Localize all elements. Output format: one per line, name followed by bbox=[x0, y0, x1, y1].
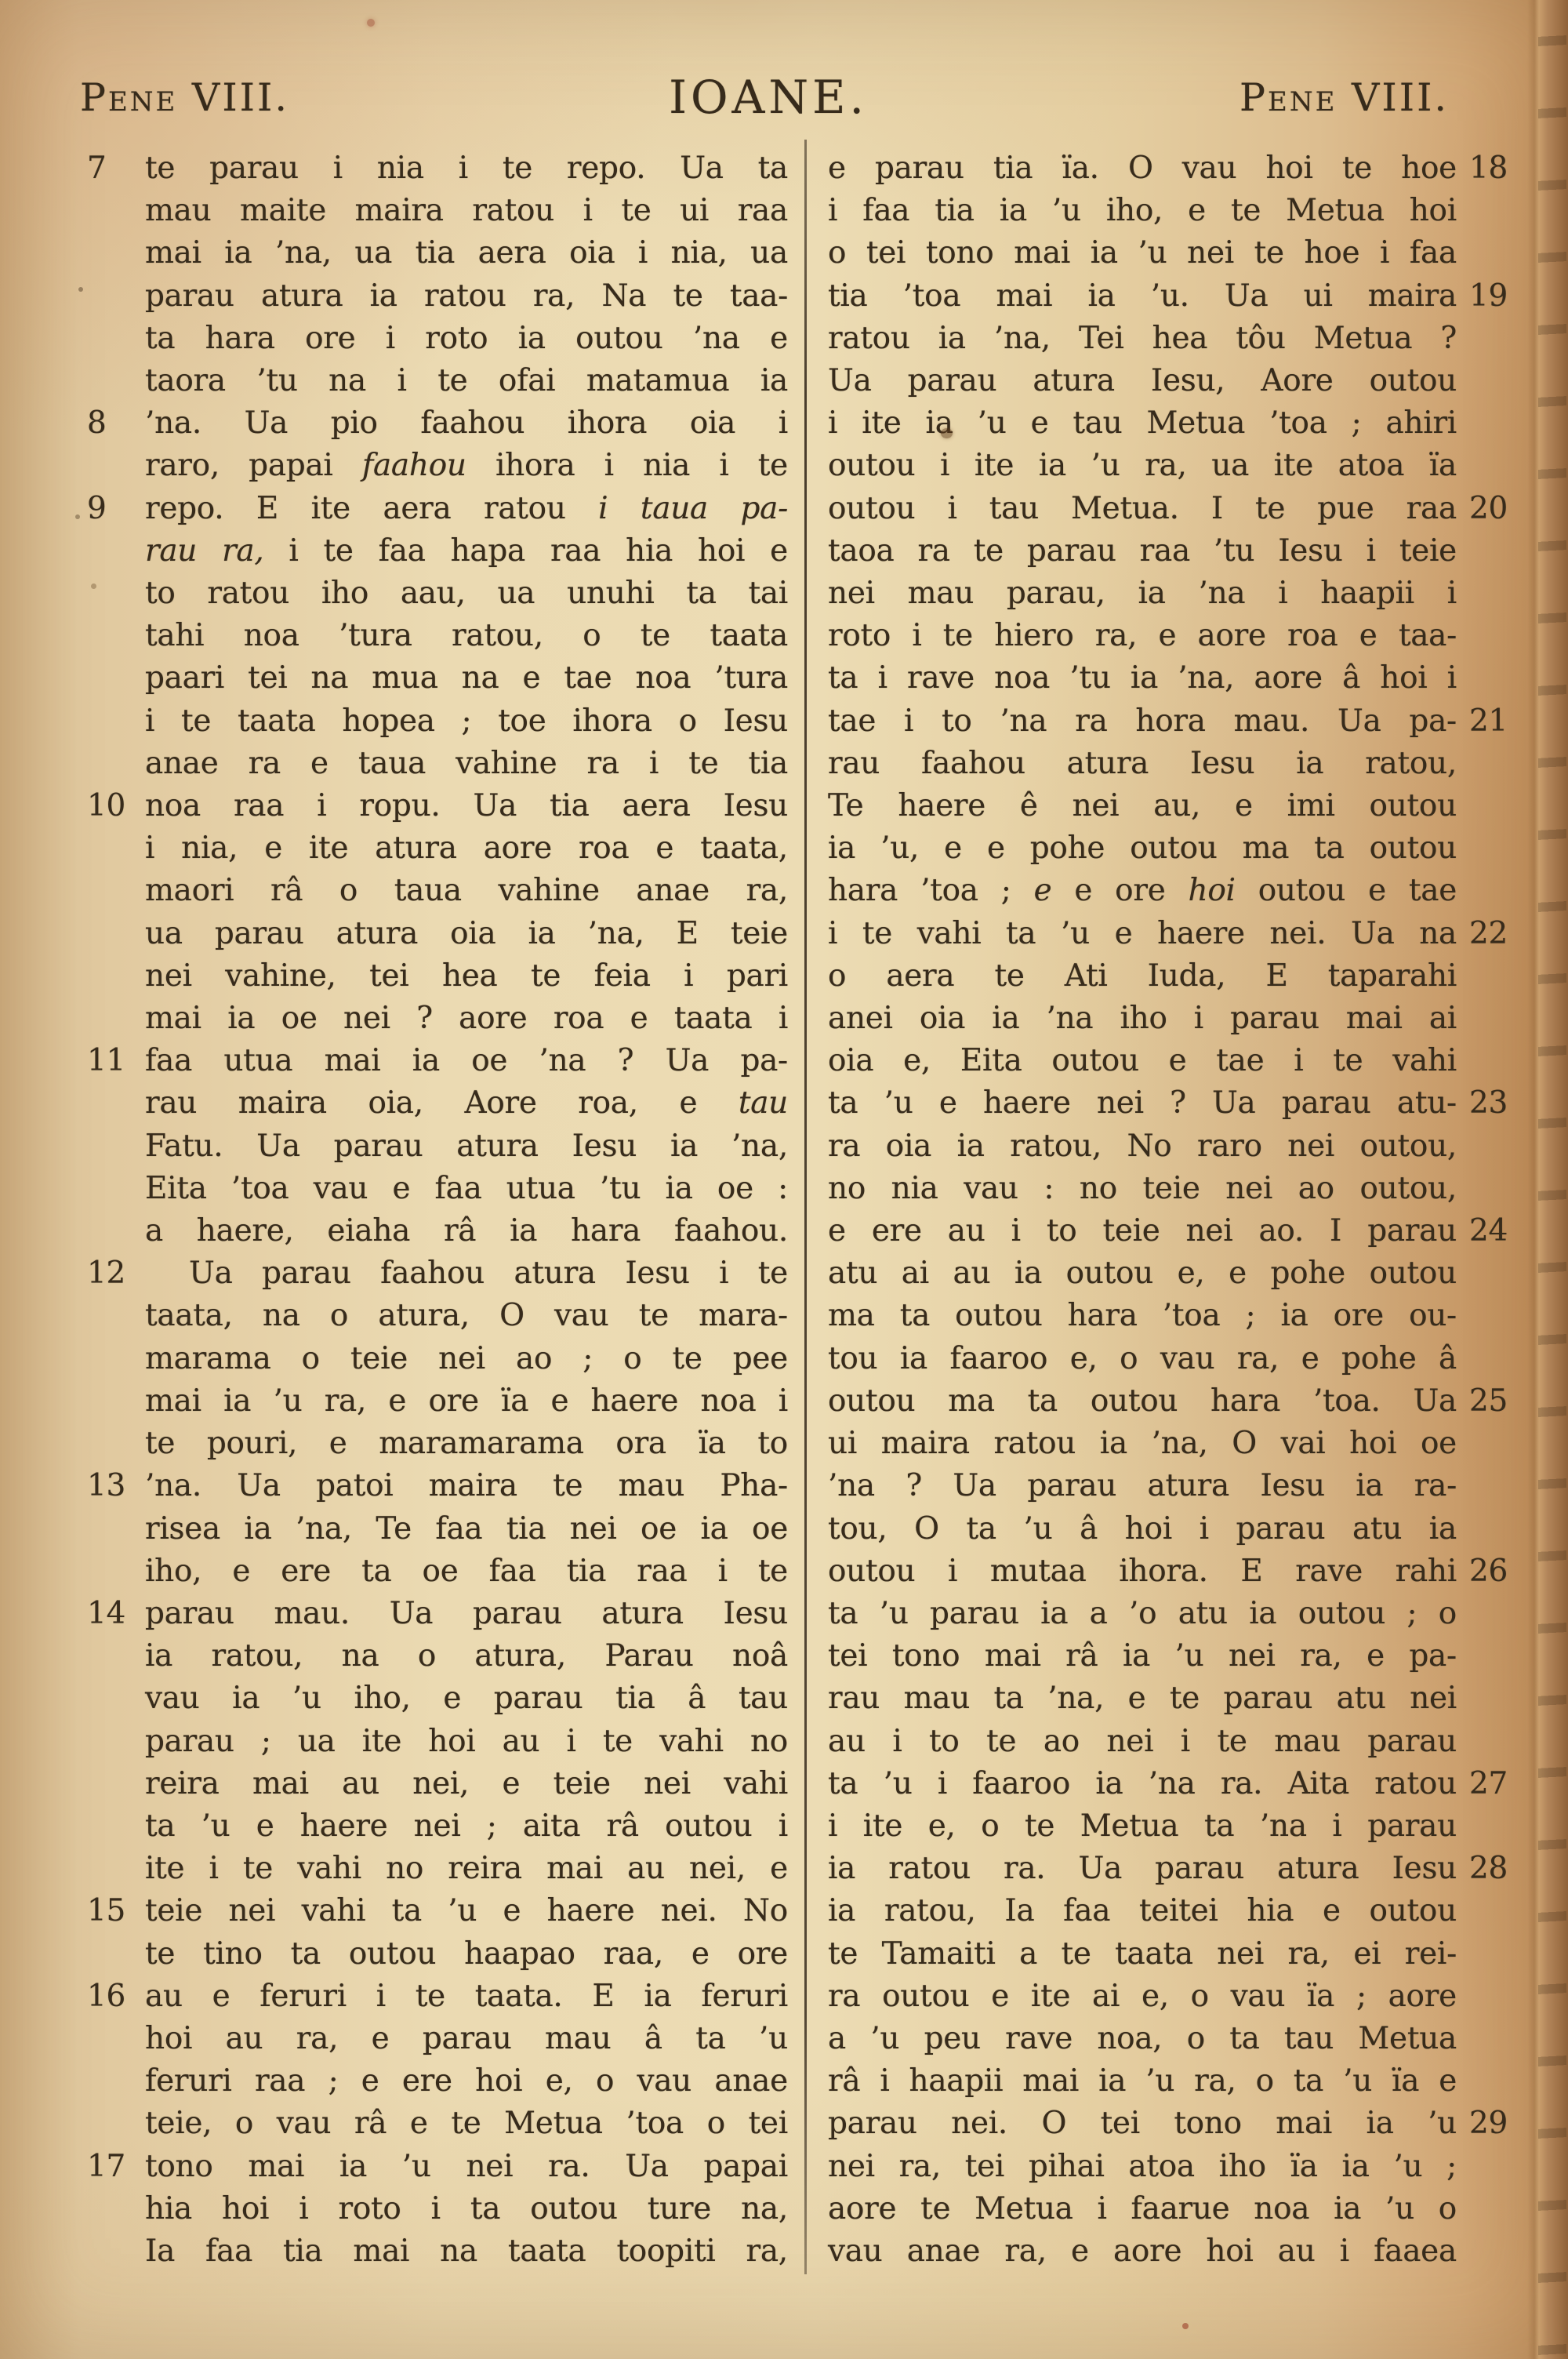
verse-number: 8 bbox=[81, 402, 145, 445]
verse-number bbox=[81, 1763, 145, 1805]
text-line: mataoutouhara’toa;iaoreou- bbox=[828, 1295, 1526, 1337]
text-column-right: eparautiaïa.Ovauhoitehoe18ifaatiaia’uiho… bbox=[828, 147, 1526, 2273]
verse-text: parauaturaiaratoura,Natetaa- bbox=[145, 275, 788, 318]
verse-text: neivahine,teiheatefeiaipari bbox=[145, 955, 788, 998]
verse-text: Eita’toavauefaautua’tuiaoe: bbox=[145, 1168, 788, 1210]
verse-text: ta’uifaarooia’nara.Aitaratou bbox=[828, 1763, 1457, 1805]
verse-text: paraumau.UaparauaturaIesu bbox=[145, 1593, 788, 1635]
text-line: oaerateAtiIuda,Etaparahi bbox=[828, 955, 1526, 998]
text-line: reiramaiaunei,eteieneivahi bbox=[81, 1763, 788, 1805]
text-line: 8’na.Uapiofaahouihoraoiai bbox=[81, 402, 788, 445]
verse-text: a’upeuravenoa,otatauMetua bbox=[828, 2018, 1457, 2060]
verse-text: UaparaufaahouaturaIesuite bbox=[145, 1252, 788, 1295]
text-line: Tehaereêneiau,eimioutou bbox=[828, 785, 1526, 827]
verse-number: 23 bbox=[1457, 1082, 1526, 1125]
text-line: parauaturaiaratoura,Natetaa- bbox=[81, 275, 788, 318]
verse-number bbox=[81, 870, 145, 912]
verse-text: iaratou,naoatura,Paraunoâ bbox=[145, 1635, 788, 1677]
running-head-right: Pene VIII. bbox=[1240, 75, 1449, 120]
text-line: anaeraetauavahineraitetia bbox=[81, 743, 788, 785]
verse-text: ’na?UaparauaturaIesuiara- bbox=[828, 1465, 1457, 1507]
verse-number: 10 bbox=[81, 785, 145, 827]
text-line: tepouri,emaramaramaoraïato bbox=[81, 1423, 788, 1465]
verse-number bbox=[81, 1848, 145, 1890]
verse-text: paariteinamuanaetaenoa’tura bbox=[145, 657, 788, 700]
text-line: iaratoura.UaparauaturaIesu28 bbox=[828, 1848, 1526, 1890]
verse-text: teitonomairâia’uneira,epa- bbox=[828, 1635, 1457, 1677]
text-line: iaratou,naoatura,Paraunoâ bbox=[81, 1635, 788, 1677]
verse-text: taora’tunaiteofaimatamuaia bbox=[145, 360, 788, 402]
text-line: noniavau:noteieneiaooutou, bbox=[828, 1168, 1526, 1210]
text-line: raoiaiaratou,Noraroneioutou, bbox=[828, 1125, 1526, 1168]
text-line: teTamaitiatetaataneira,eirei- bbox=[828, 1933, 1526, 1976]
verse-number bbox=[81, 955, 145, 998]
verse-number bbox=[81, 1550, 145, 1593]
verse-number bbox=[81, 572, 145, 615]
verse-number bbox=[1457, 1125, 1526, 1168]
text-line: ratouia’na,TeiheatôuMetua? bbox=[828, 318, 1526, 360]
verse-number bbox=[1457, 445, 1526, 487]
text-line: itevahita’uehaerenei.Uana22 bbox=[828, 913, 1526, 955]
text-line: ’na?UaparauaturaIesuiara- bbox=[828, 1465, 1526, 1507]
verse-text: hoiaura,eparaumauâta’u bbox=[145, 2018, 788, 2060]
verse-text: teTamaitiatetaataneira,eirei- bbox=[828, 1933, 1457, 1976]
verse-number bbox=[1457, 232, 1526, 274]
verse-text: outouiiteia’ura,uaiteatoaïa bbox=[828, 445, 1457, 487]
verse-text: tia’toamaiia’u.Uauimaira bbox=[828, 275, 1457, 318]
verse-number bbox=[81, 1423, 145, 1465]
verse-number: 17 bbox=[81, 2146, 145, 2188]
text-line: aneioiaia’naihoiparaumaiai bbox=[828, 998, 1526, 1040]
verse-number bbox=[1457, 572, 1526, 615]
text-line: iaratou,Iafaateiteihiaeoutou bbox=[828, 1890, 1526, 1932]
verse-number bbox=[81, 827, 145, 870]
verse-number bbox=[1457, 2018, 1526, 2060]
verse-number bbox=[1457, 1976, 1526, 2018]
verse-text: raumauta’na,eteparauatunei bbox=[828, 1677, 1457, 1720]
text-line: ta’uifaarooia’nara.Aitaratou27 bbox=[828, 1763, 1526, 1805]
verse-number bbox=[1457, 1890, 1526, 1932]
text-line: tairavenoa’tuia’na,aoreâhoii bbox=[828, 657, 1526, 700]
text-line: parau;uaitehoiauitevahino bbox=[81, 1721, 788, 1763]
text-line: tou,Ota’uâhoiiparauatuia bbox=[828, 1508, 1526, 1550]
verse-text: taata,naoatura,Ovautemara- bbox=[145, 1295, 788, 1337]
text-line: 13’na.UapatoimairatemauPha- bbox=[81, 1465, 788, 1507]
verse-text: anaeraetauavahineraitetia bbox=[145, 743, 788, 785]
verse-text: raoutoueiteaie,ovauïa;aore bbox=[828, 1976, 1457, 2018]
verse-text: Iafaatiamainataatatoopitira, bbox=[145, 2230, 788, 2273]
verse-number bbox=[1457, 2188, 1526, 2230]
verse-text: maiia’ura,eoreïaehaerenoai bbox=[145, 1380, 788, 1423]
text-line: taora’tunaiteofaimatamuaia bbox=[81, 360, 788, 402]
verse-text: oteitonomaiia’uneitehoeifaa bbox=[828, 232, 1457, 274]
verse-text: Tehaereêneiau,eimioutou bbox=[828, 785, 1457, 827]
verse-number: 20 bbox=[1457, 488, 1526, 530]
verse-text: maramaoteieneiao;otepee bbox=[145, 1338, 788, 1380]
verse-number: 24 bbox=[1457, 1210, 1526, 1252]
text-line: neivahine,teiheatefeiaipari bbox=[81, 955, 788, 998]
text-line: outouimutaaihora.Eraverahi26 bbox=[828, 1550, 1526, 1593]
text-line: ifaatiaia’uiho,eteMetuahoi bbox=[828, 190, 1526, 232]
verse-number: 18 bbox=[1457, 147, 1526, 190]
verse-text: repo.Eiteaeraratouitauapa- bbox=[145, 488, 788, 530]
text-line: raufaahouaturaIesuiaratou, bbox=[828, 743, 1526, 785]
text-line: taoarateparauraa’tuIesuiteie bbox=[828, 530, 1526, 572]
text-line: uaparauaturaoiaia’na,Eteie bbox=[81, 913, 788, 955]
verse-text: hiahoiirotoitaoutouturena, bbox=[145, 2188, 788, 2230]
verse-number bbox=[1457, 998, 1526, 1040]
verse-text: itevahita’uehaerenei.Uana bbox=[828, 913, 1457, 955]
text-line: Iafaatiamainataatatoopitira, bbox=[81, 2230, 788, 2273]
verse-number: 28 bbox=[1457, 1848, 1526, 1890]
verse-text: teparauiniaiterepo.Uata bbox=[145, 147, 788, 190]
verse-text: touiafaarooe,ovaura,epoheâ bbox=[828, 1338, 1457, 1380]
verse-text: oiae,Eitaoutouetaeitevahi bbox=[828, 1040, 1457, 1082]
text-line: outouitauMetua.Itepueraa20 bbox=[828, 488, 1526, 530]
text-line: outouiiteia’ura,uaiteatoaïa bbox=[828, 445, 1526, 487]
verse-number bbox=[81, 2018, 145, 2060]
verse-text: itetaatahopea;toeihoraoIesu bbox=[145, 700, 788, 743]
verse-text: maorirâotauavahineanaera, bbox=[145, 870, 788, 912]
text-line: aoreteMetuaifaaruenoaia’uo bbox=[828, 2188, 1526, 2230]
verse-text: outoumataoutouhara’toa.Ua bbox=[828, 1380, 1457, 1423]
verse-text: aueferuriitetaata.Eiaferuri bbox=[145, 1976, 788, 2018]
text-line: maiiaoenei?aoreroaetaatai bbox=[81, 998, 788, 1040]
verse-text: inia,eiteaturaaoreroaetaata, bbox=[145, 827, 788, 870]
paper-stain bbox=[1182, 2323, 1189, 2329]
verse-number bbox=[1457, 318, 1526, 360]
verse-number bbox=[1457, 190, 1526, 232]
verse-number: 29 bbox=[1457, 2103, 1526, 2145]
text-line: itetaatahopea;toeihoraoIesu bbox=[81, 700, 788, 743]
text-line: Eita’toavauefaautua’tuiaoe: bbox=[81, 1168, 788, 1210]
text-line: neira,teipihaiatoaihoïaia’u; bbox=[828, 2146, 1526, 2188]
verse-number bbox=[81, 1508, 145, 1550]
text-line: 9repo.Eiteaeraratouitauapa- bbox=[81, 488, 788, 530]
text-line: iho,eeretaoefaatiaraaite bbox=[81, 1550, 788, 1593]
paper-stain bbox=[91, 583, 96, 589]
paper-stain bbox=[75, 514, 80, 519]
verse-number bbox=[1457, 743, 1526, 785]
text-line: ta’uparauiaa’oatuiaoutou;o bbox=[828, 1593, 1526, 1635]
text-line: taharaoreirotoiaoutou’nae bbox=[81, 318, 788, 360]
verse-text: raura,itefaahaparaahiahoie bbox=[145, 530, 788, 572]
verse-text: ratouia’na,TeiheatôuMetua? bbox=[828, 318, 1457, 360]
verse-text: tou,Ota’uâhoiiparauatuia bbox=[828, 1508, 1457, 1550]
text-line: maumaitemairaratouiteuiraa bbox=[81, 190, 788, 232]
verse-text: taharaoreirotoiaoutou’nae bbox=[145, 318, 788, 360]
verse-number bbox=[81, 1125, 145, 1168]
verse-text: tahinoa’turaratou,otetaata bbox=[145, 615, 788, 657]
text-line: raura,itefaahaparaahiahoie bbox=[81, 530, 788, 572]
text-line: atuaiauiaoutoue,epoheoutou bbox=[828, 1252, 1526, 1295]
verse-text: paraunei.Oteitonomaiia’u bbox=[828, 2103, 1457, 2145]
text-line: râihaapiimaiia’ura,ota’uïae bbox=[828, 2060, 1526, 2103]
verse-text: iaratoura.UaparauaturaIesu bbox=[828, 1848, 1457, 1890]
verse-number bbox=[81, 2060, 145, 2103]
text-line: uimairaratouia’na,Ovaihoioe bbox=[828, 1423, 1526, 1465]
verse-text: eereauitoteieneiao.Iparau bbox=[828, 1210, 1457, 1252]
text-line: 10noaraairopu.UatiaaeraIesu bbox=[81, 785, 788, 827]
verse-number bbox=[81, 615, 145, 657]
verse-number: 11 bbox=[81, 1040, 145, 1082]
text-line: touiafaarooe,ovaura,epoheâ bbox=[828, 1338, 1526, 1380]
verse-text: maiia’na,uatiaaeraoiainia,ua bbox=[145, 232, 788, 274]
verse-number bbox=[81, 190, 145, 232]
text-line: taeito’narahoramau.Uapa-21 bbox=[828, 700, 1526, 743]
text-line: hara’toa;eeorehoioutouetae bbox=[828, 870, 1526, 912]
text-line: rotoitehierora,eaoreroaetaa- bbox=[828, 615, 1526, 657]
text-line: oteitonomaiia’uneitehoeifaa bbox=[828, 232, 1526, 274]
text-line: a’upeuravenoa,otatauMetua bbox=[828, 2018, 1526, 2060]
text-line: oiae,Eitaoutouetaeitevahi bbox=[828, 1040, 1526, 1082]
verse-number bbox=[1457, 615, 1526, 657]
text-line: feruriraa;eerehoie,ovauanae bbox=[81, 2060, 788, 2103]
verse-text: iho,eeretaoefaatiaraaite bbox=[145, 1550, 788, 1593]
verse-text: ’na.Uapiofaahouihoraoiai bbox=[145, 402, 788, 445]
verse-number: 9 bbox=[81, 488, 145, 530]
text-line: raoutoueiteaie,ovauïa;aore bbox=[828, 1976, 1526, 2018]
verse-text: neira,teipihaiatoaihoïaia’u; bbox=[828, 2146, 1457, 2188]
text-line: tia’toamaiia’u.Uauimaira19 bbox=[828, 275, 1526, 318]
verse-number bbox=[81, 1677, 145, 1720]
verse-number bbox=[1457, 2060, 1526, 2103]
verse-text: iitee,oteMetuata’naiparau bbox=[828, 1805, 1457, 1848]
verse-text: rotoitehierora,eaoreroaetaa- bbox=[828, 615, 1457, 657]
text-line: maiia’na,uatiaaeraoiainia,ua bbox=[81, 232, 788, 274]
verse-text: neimauparau,ia’naihaapiii bbox=[828, 572, 1457, 615]
verse-text: uaparauaturaoiaia’na,Eteie bbox=[145, 913, 788, 955]
verse-number bbox=[1457, 1168, 1526, 1210]
text-line: paariteinamuanaetaenoa’tura bbox=[81, 657, 788, 700]
text-line: raumairaoia,Aoreroa,etau bbox=[81, 1082, 788, 1125]
verse-number bbox=[1457, 827, 1526, 870]
verse-text: noaraairopu.UatiaaeraIesu bbox=[145, 785, 788, 827]
verse-number bbox=[1457, 785, 1526, 827]
verse-number: 13 bbox=[81, 1465, 145, 1507]
text-line: 14paraumau.UaparauaturaIesu bbox=[81, 1593, 788, 1635]
verse-number bbox=[1457, 402, 1526, 445]
verse-text: ahaere,eiaharâiaharafaahou. bbox=[145, 1210, 788, 1252]
text-line: hoiaura,eparaumauâta’u bbox=[81, 2018, 788, 2060]
verse-number bbox=[81, 2188, 145, 2230]
verse-number bbox=[81, 913, 145, 955]
verse-number bbox=[1457, 870, 1526, 912]
paper-stain bbox=[78, 287, 83, 292]
verse-text: auitoteaoneiitemauparau bbox=[828, 1721, 1457, 1763]
verse-number bbox=[81, 318, 145, 360]
text-column-left: 7teparauiniaiterepo.Uatamaumaitemairarat… bbox=[81, 147, 788, 2273]
verse-number bbox=[81, 1168, 145, 1210]
verse-number bbox=[81, 1338, 145, 1380]
verse-text: maiiaoenei?aoreroaetaatai bbox=[145, 998, 788, 1040]
text-line: 15teieneivahita’uehaerenei.No bbox=[81, 1890, 788, 1932]
verse-text: ta’uehaerenei;aitarâoutoui bbox=[145, 1805, 788, 1848]
verse-number bbox=[81, 998, 145, 1040]
verse-number bbox=[1457, 1508, 1526, 1550]
text-line: ta’uehaerenei?Uaparauatu-23 bbox=[828, 1082, 1526, 1125]
verse-text: riseaia’na,Tefaatianeioeiaoe bbox=[145, 1508, 788, 1550]
verse-number bbox=[1457, 1933, 1526, 1976]
verse-number bbox=[81, 275, 145, 318]
text-line: tahinoa’turaratou,otetaata bbox=[81, 615, 788, 657]
verse-text: atuaiauiaoutoue,epoheoutou bbox=[828, 1252, 1457, 1295]
paper-stain bbox=[367, 19, 375, 27]
verse-number bbox=[1457, 2146, 1526, 2188]
verse-number: 12 bbox=[81, 1252, 145, 1295]
verse-number bbox=[81, 700, 145, 743]
verse-number bbox=[1457, 360, 1526, 402]
text-line: 17tonomaiia’uneira.Uapapai bbox=[81, 2146, 788, 2188]
verse-text: iaratou,Iafaateiteihiaeoutou bbox=[828, 1890, 1457, 1932]
verse-text: reiramaiaunei,eteieneivahi bbox=[145, 1763, 788, 1805]
verse-text: toratouihoaau,uaunuhitatai bbox=[145, 572, 788, 615]
text-line: teie,ovaurâeteMetua’toaotei bbox=[81, 2103, 788, 2145]
verse-number: 26 bbox=[1457, 1550, 1526, 1593]
verse-number bbox=[81, 1933, 145, 1976]
verse-number bbox=[1457, 1465, 1526, 1507]
text-line: 7teparauiniaiterepo.Uata bbox=[81, 147, 788, 190]
text-line: vauanaera,eaorehoiauifaaea bbox=[828, 2230, 1526, 2273]
verse-number bbox=[81, 1380, 145, 1423]
verse-number bbox=[81, 1805, 145, 1848]
text-line: 16aueferuriitetaata.Eiaferuri bbox=[81, 1976, 788, 2018]
verse-text: aneioiaia’naihoiparaumaiai bbox=[828, 998, 1457, 1040]
text-line: UaparauaturaIesu,Aoreoutou bbox=[828, 360, 1526, 402]
verse-text: UaparauaturaIesu,Aoreoutou bbox=[828, 360, 1457, 402]
text-line: iteitevahinoreiramaiaunei,e bbox=[81, 1848, 788, 1890]
verse-text: ifaatiaia’uiho,eteMetuahoi bbox=[828, 190, 1457, 232]
verse-text: teieneivahita’uehaerenei.No bbox=[145, 1890, 788, 1932]
verse-text: taoarateparauraa’tuIesuiteie bbox=[828, 530, 1457, 572]
verse-text: Fatu.UaparauaturaIesuia’na, bbox=[145, 1125, 788, 1168]
verse-text: vauia’uiho,eparautiaâtau bbox=[145, 1677, 788, 1720]
verse-number bbox=[1457, 1593, 1526, 1635]
verse-number bbox=[81, 445, 145, 487]
verse-number bbox=[81, 1082, 145, 1125]
verse-text: raoiaiaratou,Noraroneioutou, bbox=[828, 1125, 1457, 1168]
verse-number bbox=[1457, 657, 1526, 700]
page-edge-print-bleed bbox=[1538, 0, 1566, 2359]
verse-text: raumairaoia,Aoreroa,etau bbox=[145, 1082, 788, 1125]
text-line: raumauta’na,eteparauatunei bbox=[828, 1677, 1526, 1720]
text-line: Fatu.UaparauaturaIesuia’na, bbox=[81, 1125, 788, 1168]
verse-number: 16 bbox=[81, 1976, 145, 2018]
paper-stain bbox=[941, 428, 953, 438]
verse-text: faautuamaiiaoe’na?Uapa- bbox=[145, 1040, 788, 1082]
verse-number: 27 bbox=[1457, 1763, 1526, 1805]
verse-number bbox=[81, 2230, 145, 2273]
verse-number bbox=[1457, 2230, 1526, 2273]
verse-number: 7 bbox=[81, 147, 145, 190]
text-line: ia’u,eepoheoutoumataoutou bbox=[828, 827, 1526, 870]
text-line: paraunei.Oteitonomaiia’u29 bbox=[828, 2103, 1526, 2145]
text-line: maorirâotauavahineanaera, bbox=[81, 870, 788, 912]
verse-number: 21 bbox=[1457, 700, 1526, 743]
verse-number bbox=[1457, 1040, 1526, 1082]
verse-number bbox=[1457, 1423, 1526, 1465]
verse-text: teie,ovaurâeteMetua’toaotei bbox=[145, 2103, 788, 2145]
verse-text: parau;uaitehoiauitevahino bbox=[145, 1721, 788, 1763]
verse-number bbox=[1457, 955, 1526, 998]
verse-text: hara’toa;eeorehoioutouetae bbox=[828, 870, 1457, 912]
verse-number bbox=[81, 743, 145, 785]
text-line: iiteia’uetauMetua’toa;ahiri bbox=[828, 402, 1526, 445]
text-line: auitoteaoneiitemauparau bbox=[828, 1721, 1526, 1763]
verse-text: vauanaera,eaorehoiauifaaea bbox=[828, 2230, 1457, 2273]
verse-number bbox=[1457, 1677, 1526, 1720]
verse-text: uimairaratouia’na,Ovaihoioe bbox=[828, 1423, 1457, 1465]
text-line: iitee,oteMetuata’naiparau bbox=[828, 1805, 1526, 1848]
text-line: vauia’uiho,eparautiaâtau bbox=[81, 1677, 788, 1720]
verse-number bbox=[81, 1635, 145, 1677]
text-line: maiia’ura,eoreïaehaerenoai bbox=[81, 1380, 788, 1423]
verse-text: ta’uehaerenei?Uaparauatu- bbox=[828, 1082, 1457, 1125]
verse-number bbox=[1457, 530, 1526, 572]
verse-text: raufaahouaturaIesuiaratou, bbox=[828, 743, 1457, 785]
verse-text: outouitauMetua.Itepueraa bbox=[828, 488, 1457, 530]
verse-number: 19 bbox=[1457, 275, 1526, 318]
verse-number bbox=[1457, 1721, 1526, 1763]
text-line: maramaoteieneiao;otepee bbox=[81, 1338, 788, 1380]
verse-text: tepouri,emaramaramaoraïato bbox=[145, 1423, 788, 1465]
verse-number: 25 bbox=[1457, 1380, 1526, 1423]
verse-text: outouimutaaihora.Eraverahi bbox=[828, 1550, 1457, 1593]
text-line: 11faautuamaiiaoe’na?Uapa- bbox=[81, 1040, 788, 1082]
text-line: eparautiaïa.Ovauhoitehoe18 bbox=[828, 147, 1526, 190]
text-line: riseaia’na,Tefaatianeioeiaoe bbox=[81, 1508, 788, 1550]
verse-text: eparautiaïa.Ovauhoitehoe bbox=[828, 147, 1457, 190]
verse-number bbox=[81, 1721, 145, 1763]
verse-number bbox=[1457, 1252, 1526, 1295]
text-line: hiahoiirotoitaoutouturena, bbox=[81, 2188, 788, 2230]
verse-text: ia’u,eepoheoutoumataoutou bbox=[828, 827, 1457, 870]
verse-text: taeito’narahoramau.Uapa- bbox=[828, 700, 1457, 743]
verse-text: tonomaiia’uneira.Uapapai bbox=[145, 2146, 788, 2188]
verse-number: 22 bbox=[1457, 913, 1526, 955]
text-line: tetinotaoutouhaapaoraa,eore bbox=[81, 1933, 788, 1976]
verse-number: 15 bbox=[81, 1890, 145, 1932]
verse-text: maumaitemairaratouiteuiraa bbox=[145, 190, 788, 232]
verse-number bbox=[81, 530, 145, 572]
verse-number bbox=[81, 360, 145, 402]
column-divider-rule bbox=[804, 140, 807, 2274]
text-line: inia,eiteaturaaoreroaetaata, bbox=[81, 827, 788, 870]
text-line: ahaere,eiaharâiaharafaahou. bbox=[81, 1210, 788, 1252]
verse-number bbox=[81, 1210, 145, 1252]
verse-text: ta’uparauiaa’oatuiaoutou;o bbox=[828, 1593, 1457, 1635]
text-line: ta’uehaerenei;aitarâoutoui bbox=[81, 1805, 788, 1848]
verse-text: iteitevahinoreiramaiaunei,e bbox=[145, 1848, 788, 1890]
text-line: raro,papaifaahouihorainiaite bbox=[81, 445, 788, 487]
verse-text: ’na.UapatoimairatemauPha- bbox=[145, 1465, 788, 1507]
verse-text: iiteia’uetauMetua’toa;ahiri bbox=[828, 402, 1457, 445]
verse-number: 14 bbox=[81, 1593, 145, 1635]
verse-text: râihaapiimaiia’ura,ota’uïae bbox=[828, 2060, 1457, 2103]
verse-text: tetinotaoutouhaapaoraa,eore bbox=[145, 1933, 788, 1976]
verse-text: noniavau:noteieneiaooutou, bbox=[828, 1168, 1457, 1210]
verse-text: oaerateAtiIuda,Etaparahi bbox=[828, 955, 1457, 998]
verse-number bbox=[81, 1295, 145, 1337]
verse-number bbox=[81, 2103, 145, 2145]
book-page: Pene VIII. IOANE. Pene VIII. 7teparauini… bbox=[0, 0, 1568, 2359]
text-line: 12UaparaufaahouaturaIesuite bbox=[81, 1252, 788, 1295]
verse-text: mataoutouhara’toa;iaoreou- bbox=[828, 1295, 1457, 1337]
verse-number bbox=[1457, 1338, 1526, 1380]
verse-number bbox=[1457, 1635, 1526, 1677]
verse-number bbox=[81, 232, 145, 274]
text-line: eereauitoteieneiao.Iparau24 bbox=[828, 1210, 1526, 1252]
